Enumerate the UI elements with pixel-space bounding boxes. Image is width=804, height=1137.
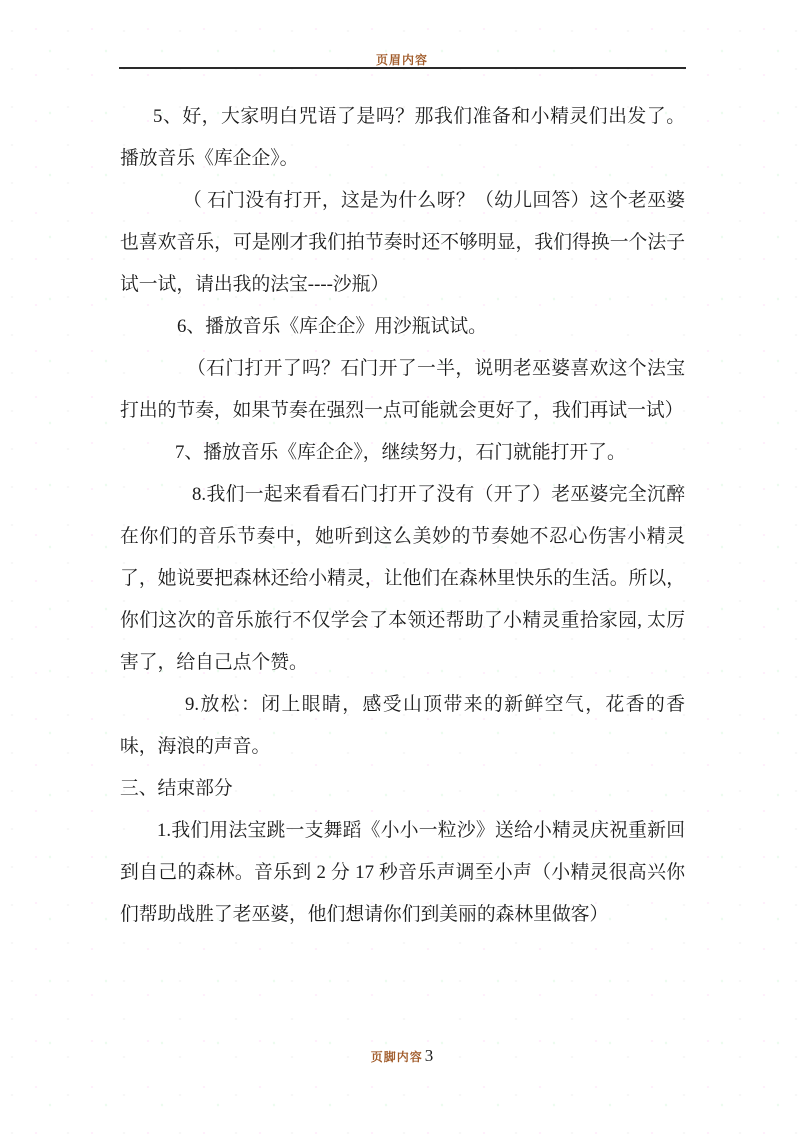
paragraph: 9.放松：闭上眼睛，感受山顶带来的新鲜空气，花香的香味，海浪的声音。 — [120, 684, 685, 768]
page-header-text: 页眉内容 — [0, 51, 804, 68]
paragraph: 1.我们用法宝跳一支舞蹈《小小一粒沙》送给小精灵庆祝重新回到自己的森林。音乐到 … — [120, 810, 685, 936]
paragraph: 8.我们一起来看看石门打开了没有（开了）老巫婆完全沉醉在你们的音乐节奏中，她听到… — [120, 474, 685, 684]
header-rule — [119, 67, 686, 69]
document-page: 页眉内容 5、好，大家明白咒语了是吗？那我们准备和小精灵们出发了。播放音乐《库企… — [0, 0, 804, 1137]
page-number: 3 — [425, 1046, 434, 1066]
document-body: 5、好，大家明白咒语了是吗？那我们准备和小精灵们出发了。播放音乐《库企企》。 （… — [120, 96, 685, 936]
page-footer: 页脚内容 3 — [0, 1046, 804, 1066]
paragraph: 6、播放音乐《库企企》用沙瓶试试。 — [120, 306, 685, 348]
paragraph: （石门打开了吗？石门开了一半，说明老巫婆喜欢这个法宝打出的节奏，如果节奏在强烈一… — [120, 348, 685, 432]
paragraph: （ 石门没有打开，这是为什么呀？（幼儿回答）这个老巫婆也喜欢音乐，可是刚才我们拍… — [120, 180, 685, 306]
paragraph: 5、好，大家明白咒语了是吗？那我们准备和小精灵们出发了。播放音乐《库企企》。 — [120, 96, 685, 180]
page-footer-text: 页脚内容 — [371, 1048, 423, 1065]
section-heading: 三、结束部分 — [120, 768, 685, 810]
paragraph: 7、播放音乐《库企企》，继续努力，石门就能打开了。 — [120, 432, 685, 474]
